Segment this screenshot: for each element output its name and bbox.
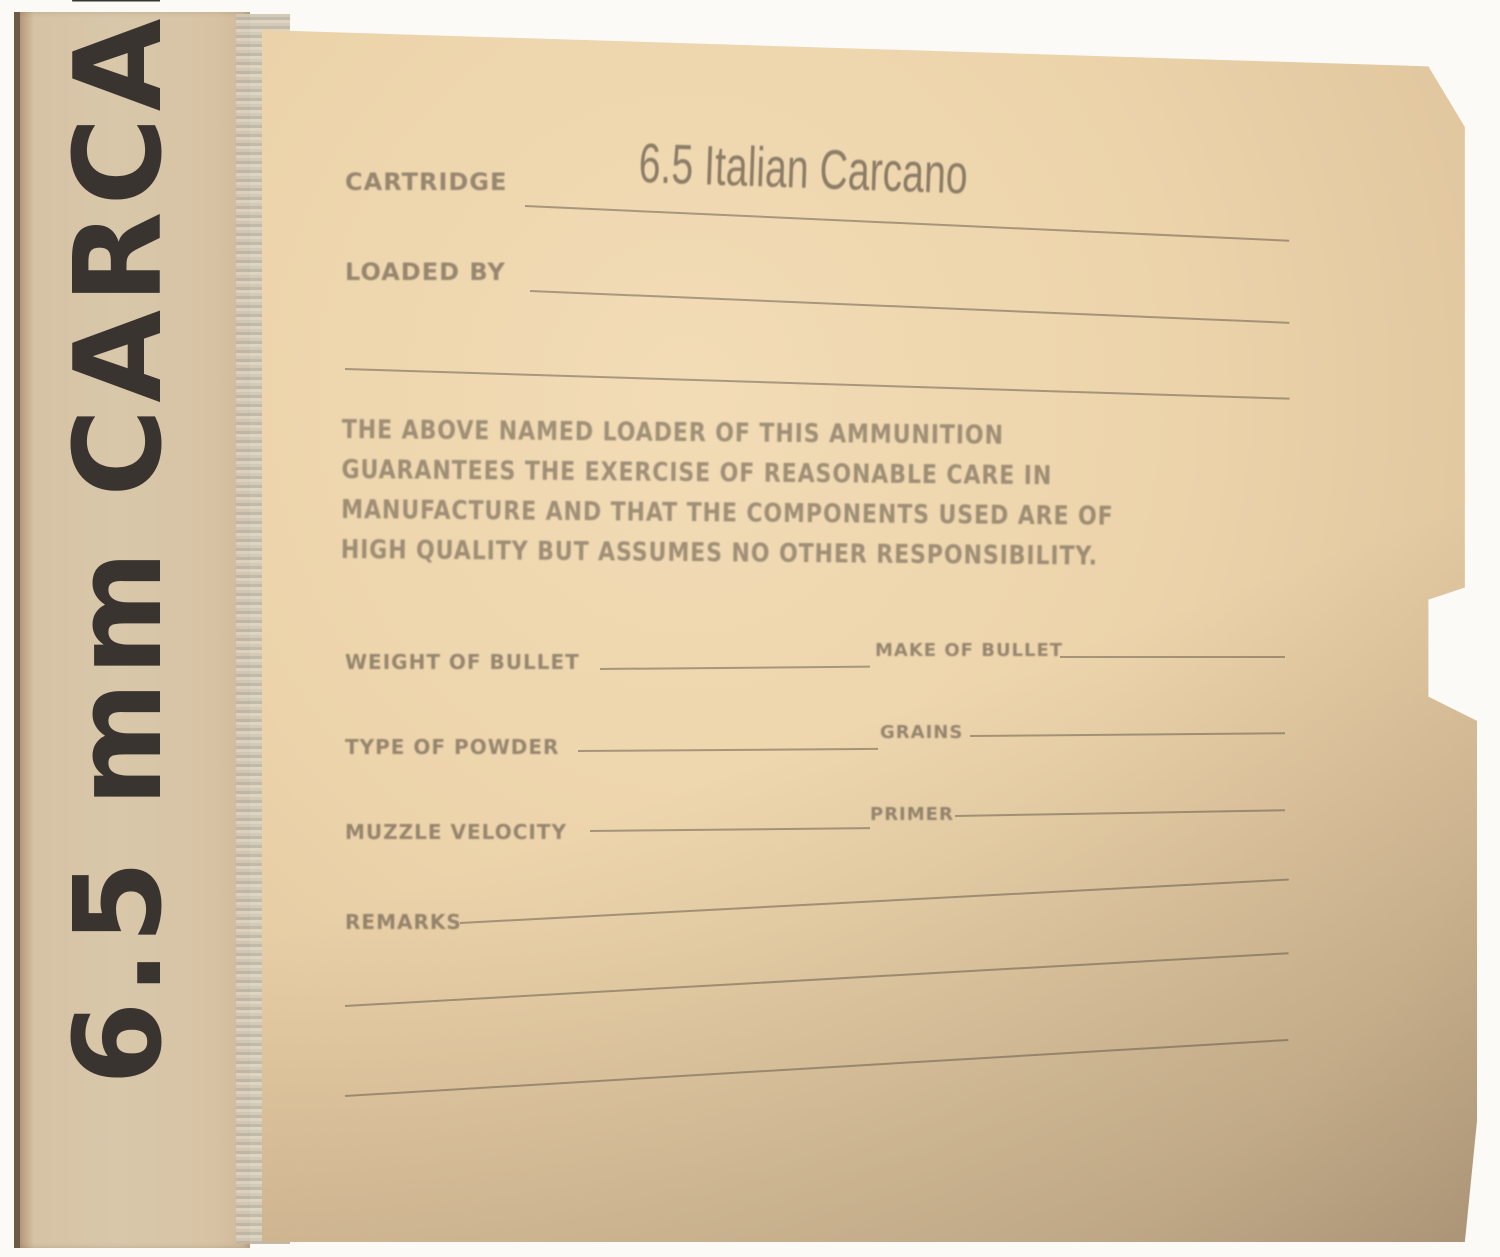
weight-of-bullet-label: WEIGHT OF BULLET <box>345 650 580 674</box>
cartridge-value: 6.5 Italian Carcano <box>638 130 969 206</box>
make-of-bullet-label: MAKE OF BULLET <box>875 640 1063 661</box>
remarks-label: REMARKS <box>345 910 462 934</box>
primer-label: PRIMER <box>870 804 954 825</box>
disclaimer-text: THE ABOVE NAMED LOADER OF THIS AMMUNITIO… <box>341 410 1158 577</box>
handwritten-spine-label: 6.5 mm CARCANO <box>50 0 189 1085</box>
loaded-by-label: LOADED BY <box>345 258 506 286</box>
cartridge-label: CARTRIDGE <box>345 168 507 196</box>
make-line <box>1060 656 1285 658</box>
grains-label: GRAINS <box>880 722 963 743</box>
box-front-face <box>262 30 1477 1242</box>
muzzle-velocity-label: MUZZLE VELOCITY <box>345 820 567 844</box>
type-of-powder-label: TYPE OF POWDER <box>345 735 559 759</box>
